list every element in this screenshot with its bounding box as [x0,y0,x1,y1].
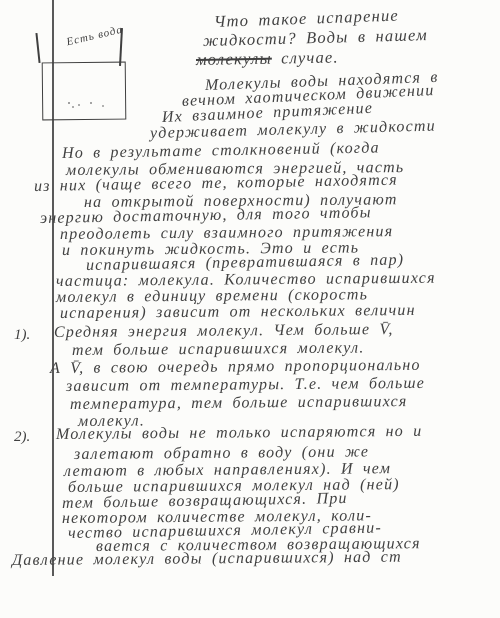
handwritten-line: температура, тем больше испарившихся [70,394,408,413]
vessel-tick-left [35,33,40,63]
list-marker-1: 1). [14,327,30,344]
list-marker-2: 2). [14,429,30,446]
vessel-label: Есть вода [65,24,124,49]
title-line: жидкости? Воды в нашем [203,27,428,49]
water-dots [68,102,70,104]
handwritten-line: Молекулы воды не только испаряются но и [56,424,423,443]
title-line-rest: случае. [281,48,339,68]
handwritten-line: Давление молекул воды (испарившихся) над… [12,550,402,569]
handwritten-line: тем больше испарившихся молекул. [72,340,365,359]
handwritten-line: испарения) зависит от нескольких величин [60,303,416,322]
notebook-page: Есть вода Что такое испарение жидкости? … [0,0,500,618]
handwritten-line: зависит от температуры. Т.е. чем больше [66,376,425,395]
title-line-with-strike: молекулы случае. [196,50,339,69]
struck-word: молекулы [196,49,272,69]
vessel-rect [42,62,127,121]
handwritten-line: А V̄, в свою очередь прямо пропорциональ… [50,358,421,377]
handwritten-line: Средняя энергия молекул. Чем больше V̄, [54,322,394,341]
